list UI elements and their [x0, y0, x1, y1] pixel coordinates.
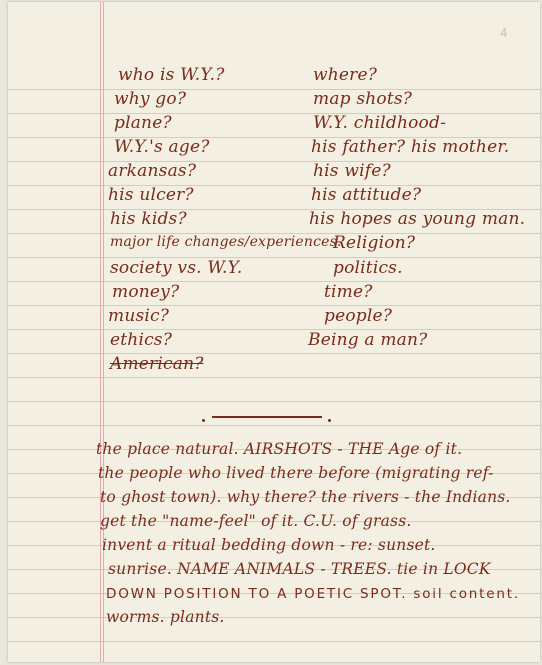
ruled-line — [8, 257, 540, 258]
right-note-9: politics. — [333, 258, 403, 278]
ruled-line — [8, 425, 540, 426]
ruled-line — [8, 113, 540, 114]
right-note-6: his attitude? — [311, 185, 421, 205]
corner-mark: 4 — [500, 26, 508, 40]
ruled-line — [8, 401, 540, 402]
paragraph-line-4: get the "name-feel" of it. C.U. of grass… — [100, 512, 412, 530]
left-note-10: money? — [112, 282, 179, 302]
left-note-8: major life changes/experiences. — [110, 234, 342, 250]
left-note-9: society vs. W.Y. — [110, 258, 243, 278]
right-note-1: where? — [313, 65, 377, 85]
left-note-12: ethics? — [110, 330, 172, 350]
ruled-line — [8, 617, 540, 618]
left-note-5: arkansas? — [108, 161, 196, 181]
right-note-8: Religion? — [333, 233, 415, 253]
paragraph-line-7: DOWN POSITION TO A POETIC SPOT. soil con… — [106, 586, 520, 602]
left-note-3: plane? — [114, 113, 172, 133]
right-note-12: Being a man? — [308, 330, 427, 350]
left-note-7: his kids? — [110, 209, 187, 229]
divider-dot — [202, 419, 205, 422]
ruled-line — [8, 329, 540, 330]
ruled-line — [8, 305, 540, 306]
left-note-2: why go? — [114, 89, 186, 109]
left-note-6: his ulcer? — [108, 185, 194, 205]
paragraph-line-6: sunrise. NAME ANIMALS - TREES. tie in LO… — [108, 560, 491, 578]
margin-line — [103, 2, 104, 662]
paragraph-line-8: worms. plants. — [106, 608, 225, 626]
left-note-1: who is W.Y.? — [118, 65, 225, 85]
right-note-3: W.Y. childhood- — [313, 113, 446, 133]
ruled-line — [8, 353, 540, 354]
right-note-5: his wife? — [313, 161, 391, 181]
notebook-page: 4 who is W.Y.? why go? plane? W.Y.'s age… — [8, 2, 540, 662]
margin-line — [100, 2, 101, 662]
ruled-line — [8, 281, 540, 282]
ruled-line — [8, 185, 540, 186]
ruled-line — [8, 89, 540, 90]
section-divider — [212, 416, 322, 418]
ruled-line — [8, 641, 540, 642]
ruled-line — [8, 161, 540, 162]
right-note-10: time? — [324, 282, 373, 302]
right-note-4: his father? his mother. — [311, 137, 509, 157]
paragraph-line-5: invent a ritual bedding down - re: sunse… — [102, 536, 436, 554]
left-note-4: W.Y.'s age? — [114, 137, 210, 157]
right-note-2: map shots? — [313, 89, 412, 109]
right-note-7: his hopes as young man. — [309, 209, 525, 229]
divider-dot — [328, 419, 331, 422]
left-note-11: music? — [108, 306, 169, 326]
paragraph-line-2: the people who lived there before (migra… — [98, 464, 494, 482]
right-note-11: people? — [324, 306, 392, 326]
left-note-13: American? — [110, 354, 204, 374]
paragraph-line-3: to ghost town). why there? the rivers - … — [100, 488, 511, 506]
ruled-line — [8, 377, 540, 378]
paragraph-line-1: the place natural. AIRSHOTS - THE Age of… — [96, 440, 462, 458]
